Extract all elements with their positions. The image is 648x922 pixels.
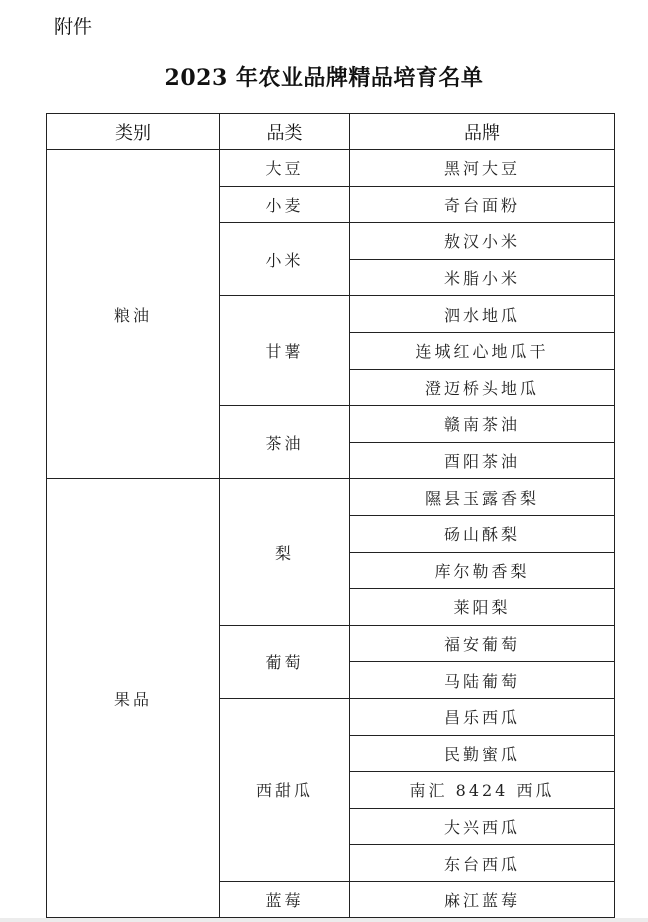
brand-cell: 莱阳梨 bbox=[350, 589, 615, 626]
page-bottom-edge bbox=[0, 918, 648, 922]
brand-cell: 赣南茶油 bbox=[350, 406, 615, 443]
variety-cell: 甘薯 bbox=[220, 296, 350, 406]
brand-cell: 东台西瓜 bbox=[350, 845, 615, 882]
brand-cell: 民勤蜜瓜 bbox=[350, 735, 615, 772]
brand-list-table: 类别 品类 品牌 粮油 大豆 黑河大豆 小麦 奇台面粉 小米 敖汉小米 米脂小米… bbox=[46, 113, 615, 918]
brand-cell: 库尔勒香梨 bbox=[350, 552, 615, 589]
header-variety: 品类 bbox=[220, 114, 350, 150]
category-cell: 果品 bbox=[47, 479, 220, 918]
brand-cell: 敖汉小米 bbox=[350, 223, 615, 260]
brand-cell: 福安葡萄 bbox=[350, 625, 615, 662]
brand-cell: 泗水地瓜 bbox=[350, 296, 615, 333]
header-brand: 品牌 bbox=[350, 114, 615, 150]
variety-cell: 小米 bbox=[220, 223, 350, 296]
brand-cell: 麻江蓝莓 bbox=[350, 881, 615, 918]
brand-cell: 酉阳茶油 bbox=[350, 442, 615, 479]
variety-cell: 茶油 bbox=[220, 406, 350, 479]
brand-cell: 砀山酥梨 bbox=[350, 515, 615, 552]
variety-cell: 小麦 bbox=[220, 186, 350, 223]
brand-cell: 米脂小米 bbox=[350, 259, 615, 296]
brand-cell: 南汇 8424 西瓜 bbox=[350, 772, 615, 809]
table-row: 粮油 大豆 黑河大豆 bbox=[47, 150, 615, 187]
document-title: 2023 年农业品牌精品培育名单 bbox=[0, 61, 648, 92]
brand-cell: 奇台面粉 bbox=[350, 186, 615, 223]
variety-cell: 大豆 bbox=[220, 150, 350, 187]
brand-cell: 澄迈桥头地瓜 bbox=[350, 369, 615, 406]
table-row: 果品 梨 隰县玉露香梨 bbox=[47, 479, 615, 516]
brand-cell: 黑河大豆 bbox=[350, 150, 615, 187]
category-cell: 粮油 bbox=[47, 150, 220, 479]
table-header-row: 类别 品类 品牌 bbox=[47, 114, 615, 150]
brand-cell: 大兴西瓜 bbox=[350, 808, 615, 845]
variety-cell: 葡萄 bbox=[220, 625, 350, 698]
variety-cell: 蓝莓 bbox=[220, 881, 350, 918]
attachment-label: 附件 bbox=[54, 12, 92, 39]
variety-cell: 梨 bbox=[220, 479, 350, 625]
brand-cell: 昌乐西瓜 bbox=[350, 698, 615, 735]
brand-cell: 马陆葡萄 bbox=[350, 662, 615, 699]
brand-cell: 隰县玉露香梨 bbox=[350, 479, 615, 516]
header-category: 类别 bbox=[47, 114, 220, 150]
brand-cell: 连城红心地瓜干 bbox=[350, 332, 615, 369]
variety-cell: 西甜瓜 bbox=[220, 698, 350, 881]
